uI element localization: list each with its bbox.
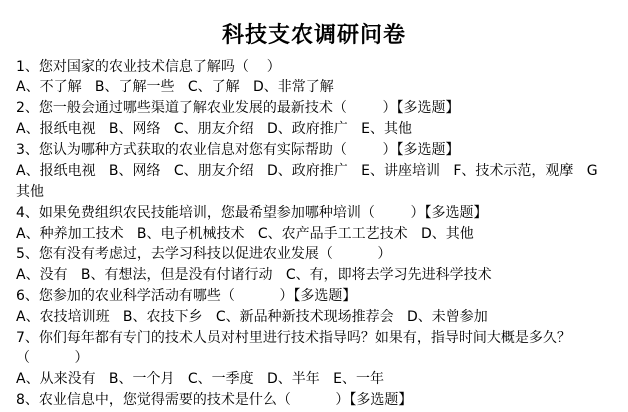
question-3: 3、您认为哪种方式获取的农业信息对您有实际帮助（ ）【多选题】 (16, 140, 460, 160)
question-2-options: A、报纸电视 B、网络 C、朋友介绍 D、政府推广 E、其他 (16, 119, 412, 139)
question-7-cont: （ ） (16, 348, 89, 368)
question-3-options: A、报纸电视 B、网络 C、朋友介绍 D、政府推广 E、讲座培训 F、技术示范，… (16, 161, 598, 181)
question-5-options: A、没有 B、有想法，但是没有付诸行动 C、有，即将去学习先进科学技术 (16, 265, 492, 285)
question-4: 4、如果免费组织农民技能培训，您最希望参加哪种培训（ ）【多选题】 (16, 203, 488, 223)
question-1: 1、您对国家的农业技术信息了解吗（ ） (16, 57, 281, 77)
question-4-options: A、种养加工技术 B、电子机械技术 C、农产品手工工艺技术 D、其他 (16, 224, 474, 244)
question-6: 6、您参加的农业科学活动有哪些（ ）【多选题】 (16, 286, 356, 306)
question-5: 5、您有没有考虑过，去学习科技以促进农业发展（ ） (16, 244, 391, 264)
question-3-options-cont: 其他 (16, 182, 44, 202)
question-1-options: A、不了解 B、了解一些 C、了解 D、非常了解 (16, 77, 334, 97)
question-7-options: A、从来没有 B、一个月 C、一季度 D、半年 E、一年 (16, 369, 384, 389)
question-7: 7、你们每年都有专门的技术人员对村里进行技术指导吗？如果有，指导时间大概是多久？ (16, 328, 571, 348)
question-8: 8、农业信息中，您觉得需要的技术是什么（ ）【多选题】 (16, 390, 412, 410)
question-2: 2、您一般会通过哪些渠道了解农业发展的最新技术（ ）【多选题】 (16, 98, 460, 118)
question-6-options: A、农技培训班 B、农技下乡 C、新品种新技术现场推荐会 D、未曾参加 (16, 307, 488, 327)
page-title: 科技支农调研问卷 (0, 20, 628, 50)
